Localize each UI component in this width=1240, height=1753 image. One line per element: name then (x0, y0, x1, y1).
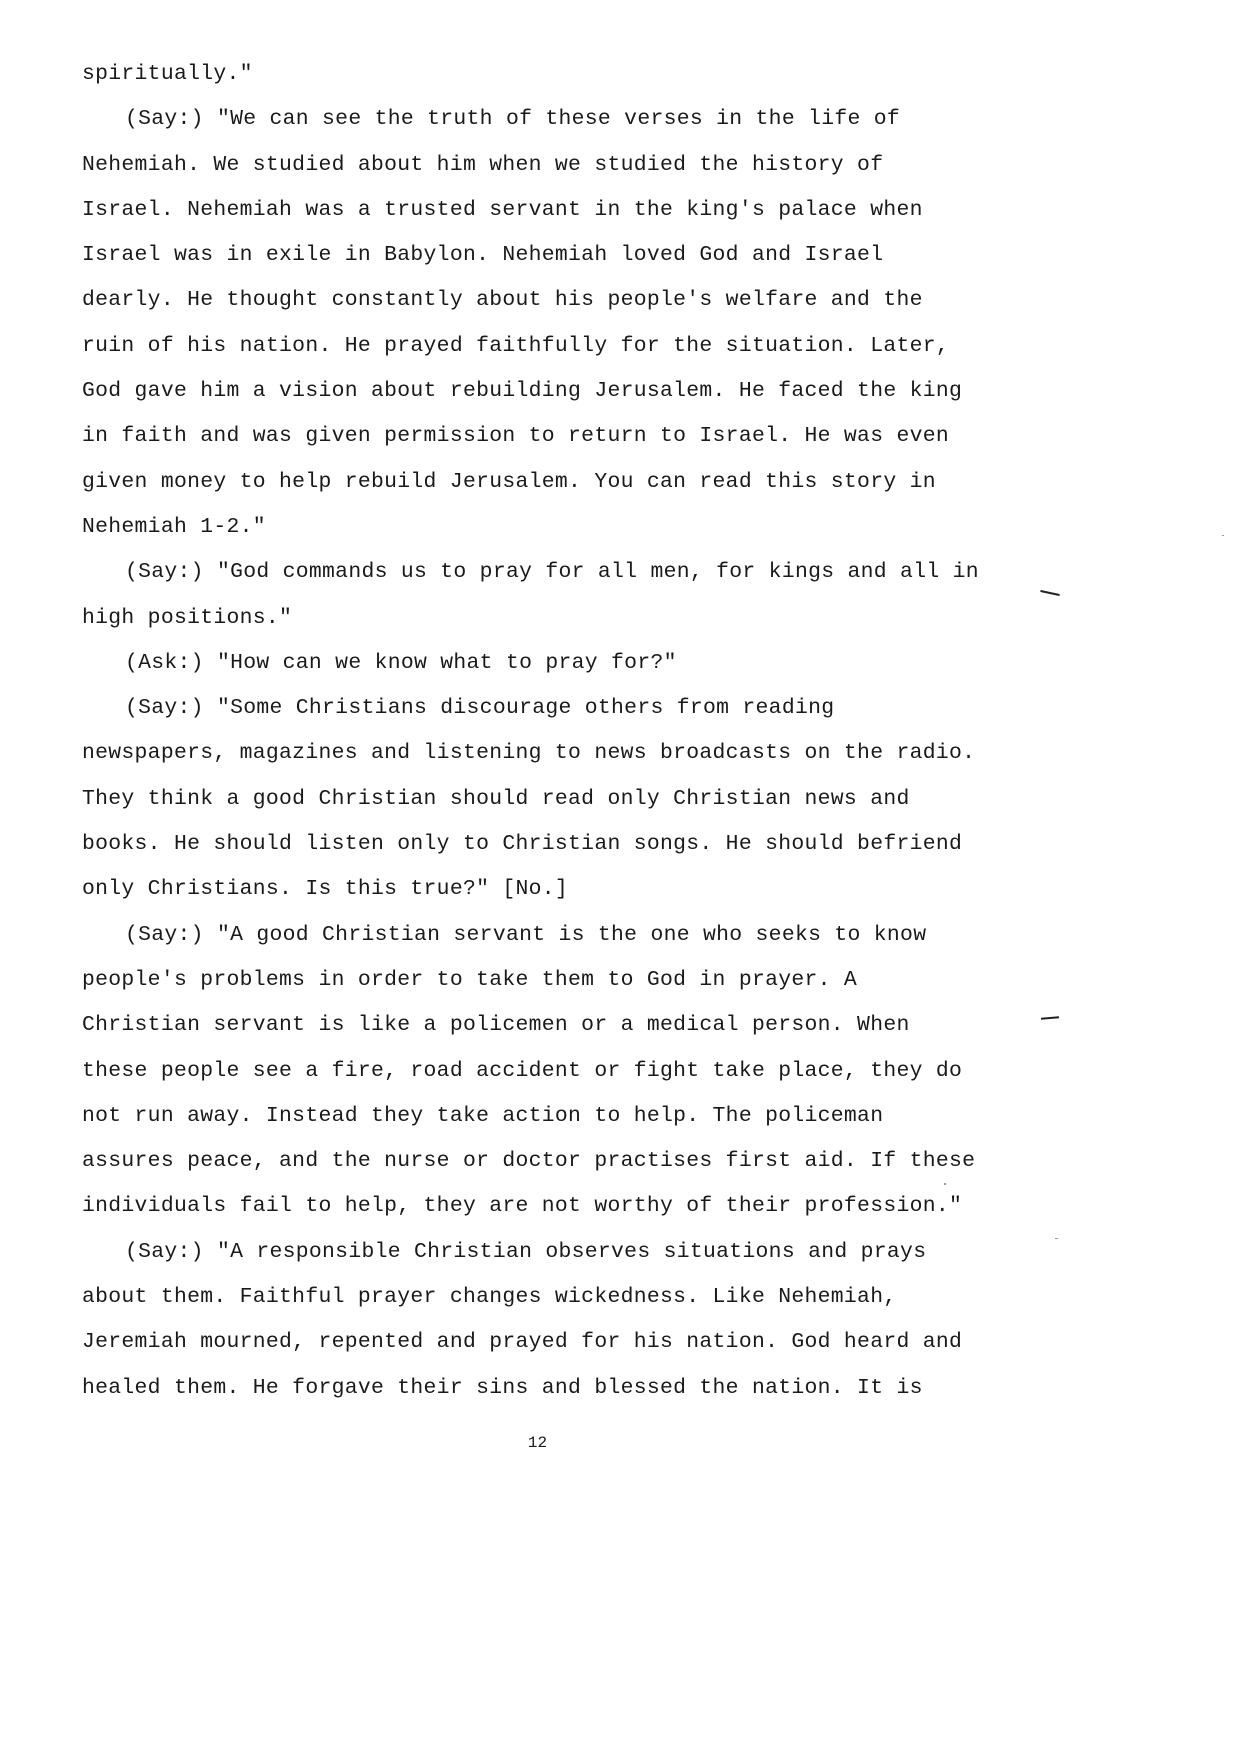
document-page: spiritually."(Say:) "We can see the trut… (0, 0, 1240, 1753)
text-line: high positions." (82, 596, 1042, 641)
text-line: spiritually." (82, 52, 1042, 97)
scan-artifact (1055, 1238, 1058, 1239)
page-number: 12 (0, 1434, 1075, 1452)
text-line: Nehemiah 1-2." (82, 505, 1042, 550)
text-line: Israel was in exile in Babylon. Nehemiah… (82, 233, 1042, 278)
text-line: in faith and was given permission to ret… (82, 414, 1042, 459)
text-line: only Christians. Is this true?" [No.] (82, 867, 1042, 912)
text-line: about them. Faithful prayer changes wick… (82, 1275, 1042, 1320)
text-line: (Say:) "We can see the truth of these ve… (82, 97, 1042, 142)
text-line: healed them. He forgave their sins and b… (82, 1366, 1042, 1411)
text-line: God gave him a vision about rebuilding J… (82, 369, 1042, 414)
scan-artifact (1040, 590, 1060, 596)
text-line: people's problems in order to take them … (82, 958, 1042, 1003)
scan-artifact (1222, 535, 1224, 536)
text-line: Christian servant is like a policemen or… (82, 1003, 1042, 1048)
text-line: dearly. He thought constantly about his … (82, 278, 1042, 323)
text-line: given money to help rebuild Jerusalem. Y… (82, 460, 1042, 505)
text-line: not run away. Instead they take action t… (82, 1094, 1042, 1139)
text-line: Israel. Nehemiah was a trusted servant i… (82, 188, 1042, 233)
text-line: They think a good Christian should read … (82, 777, 1042, 822)
text-line: (Say:) "Some Christians discourage other… (82, 686, 1042, 731)
text-line: (Ask:) "How can we know what to pray for… (82, 641, 1042, 686)
text-line: ruin of his nation. He prayed faithfully… (82, 324, 1042, 369)
scan-artifact (944, 1183, 946, 1185)
text-line: assures peace, and the nurse or doctor p… (82, 1139, 1042, 1184)
text-line: books. He should listen only to Christia… (82, 822, 1042, 867)
text-line: (Say:) "A good Christian servant is the … (82, 913, 1042, 958)
text-line: (Say:) "A responsible Christian observes… (82, 1230, 1042, 1275)
text-line: (Say:) "God commands us to pray for all … (82, 550, 1042, 595)
body-text: spiritually."(Say:) "We can see the trut… (82, 52, 1042, 1411)
text-line: Nehemiah. We studied about him when we s… (82, 143, 1042, 188)
text-line: Jeremiah mourned, repented and prayed fo… (82, 1320, 1042, 1365)
text-line: newspapers, magazines and listening to n… (82, 731, 1042, 776)
text-line: these people see a fire, road accident o… (82, 1049, 1042, 1094)
text-line: individuals fail to help, they are not w… (82, 1184, 1042, 1229)
scan-artifact (1041, 1016, 1059, 1020)
